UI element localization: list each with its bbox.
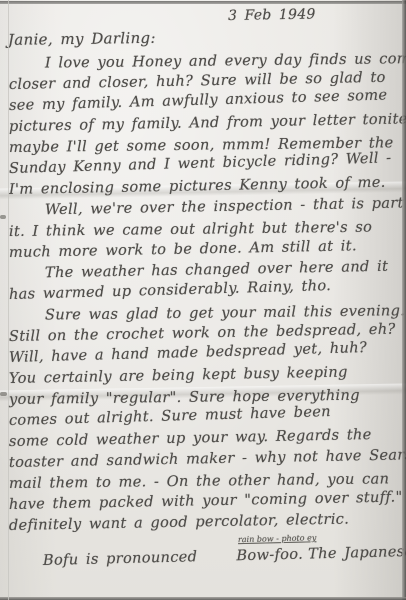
scan-edge-right xyxy=(402,0,406,600)
letter-salutation: Janie, my Darling: xyxy=(0,24,406,51)
letter-page: 3 Feb 1949 Janie, my Darling: I love you… xyxy=(0,0,406,600)
scan-edge-left xyxy=(8,0,9,600)
pronunciation-annotation: rain bow - photo ey xyxy=(204,533,317,545)
paper-edge-mark xyxy=(0,392,7,396)
letter-footnote: Bofu is pronouncedrain bow - photo eyBow… xyxy=(0,541,406,572)
footnote-text: The Japanese xyxy=(308,543,406,563)
scan-edge-top xyxy=(0,1,406,4)
letter-body: I love you Honey and every day finds us … xyxy=(0,53,406,536)
pronunciation-word-text: Bow-foo. xyxy=(236,546,303,565)
footnote-text: Bofu is pronounced xyxy=(43,548,198,569)
pronunciation-word: rain bow - photo eyBow-foo. xyxy=(202,544,303,567)
paper-edge-mark xyxy=(0,215,6,219)
